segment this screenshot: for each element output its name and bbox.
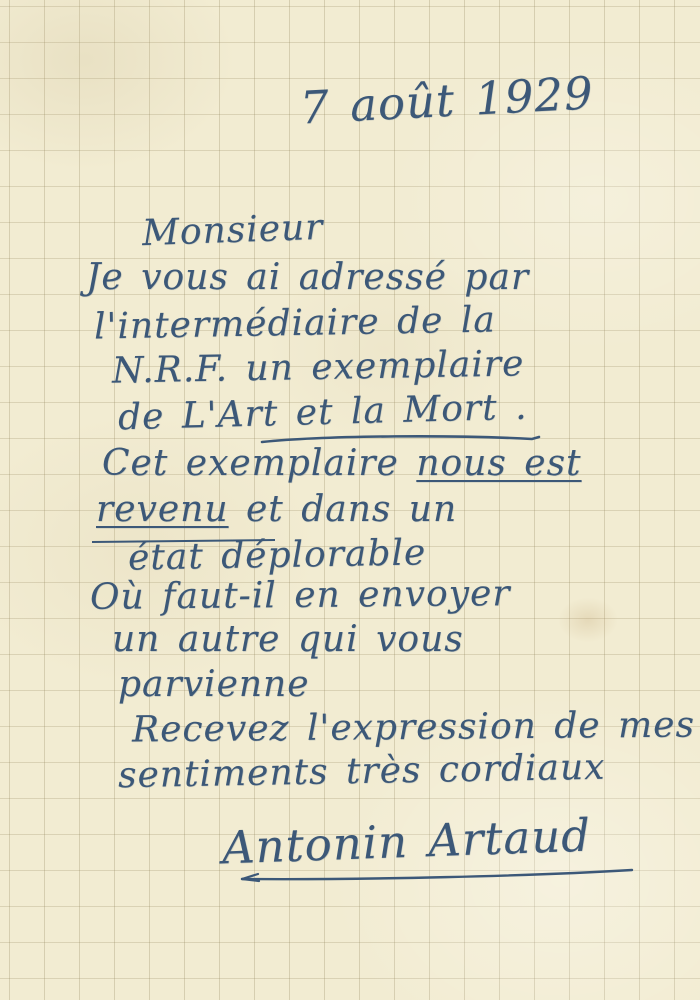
letter-line: l'intermédiaire de la: [94, 299, 496, 347]
letter-date: 7 août 1929: [299, 66, 595, 134]
letter-page: 7 août 1929 Monsieur Je vous ai adressé …: [0, 0, 700, 1000]
letter-line: revenu et dans un: [96, 489, 457, 530]
letter-line: état déplorable: [128, 532, 427, 578]
letter-line: Je vous ai adressé par: [86, 257, 529, 298]
letter-line-book-title: de L'Art et la Mort .: [118, 387, 528, 439]
letter-salutation: Monsieur: [141, 207, 324, 254]
underlined-words: nous est: [416, 443, 581, 484]
letter-line: Où faut-il en envoyer: [90, 573, 511, 618]
letter-line: N.R.F. un exemplaire: [112, 343, 525, 391]
letter-line: sentiments très cordiaux: [118, 747, 606, 797]
signature-underline-stroke: [234, 866, 638, 886]
letter-line: Recevez l'expression de mes: [132, 705, 695, 751]
signature-name: Antonin Artaud: [221, 809, 592, 875]
letter-line: un autre qui vous: [112, 619, 464, 660]
underlined-word: revenu: [96, 489, 229, 530]
letter-line: Cet exemplaire nous est: [102, 443, 582, 484]
letter-line: parvienne: [118, 664, 310, 705]
